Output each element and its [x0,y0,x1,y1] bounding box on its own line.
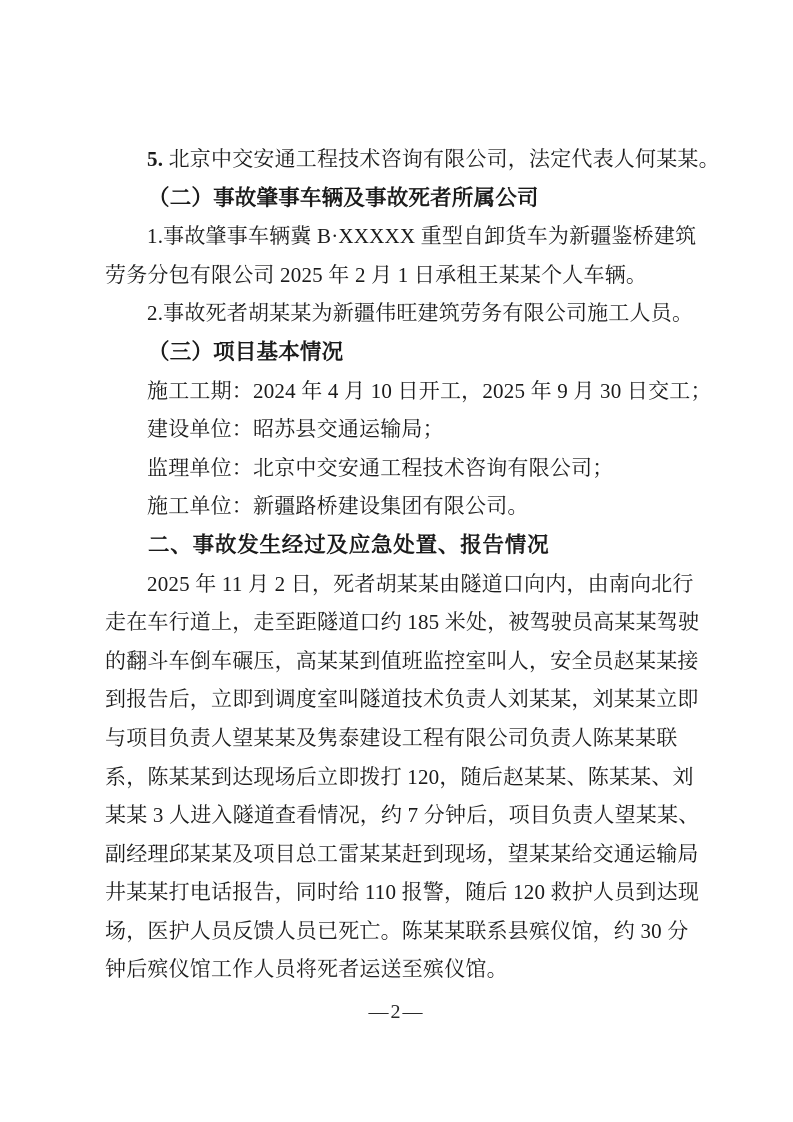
text-line: 劳务分包有限公司 2025 年 2 月 1 日承租王某某个人车辆。 [105,256,695,295]
text-line: 钟后殡仪馆工作人员将死者运送至殡仪馆。 [105,950,695,989]
subsection-heading: （二）事故肇事车辆及事故死者所属公司 [105,179,695,218]
subsection-heading: （三）项目基本情况 [105,333,695,372]
text-line: 的翻斗车倒车碾压，高某某到值班监控室叫人，安全员赵某某接 [105,642,695,681]
text-line: 施工工期：2024 年 4 月 10 日开工，2025 年 9 月 30 日交工… [105,372,695,411]
text-line: 2.事故死者胡某某为新疆伟旺建筑劳务有限公司施工人员。 [105,294,695,333]
section-heading: 二、事故发生经过及应急处置、报告情况 [105,526,695,565]
text-line: 副经理邱某某及项目总工雷某某赶到现场，望某某给交通运输局 [105,835,695,874]
text-line: 井某某打电话报告，同时给 110 报警，随后 120 救护人员到达现 [105,873,695,912]
document-page: 5. 北京中交安通工程技术咨询有限公司，法定代表人何某某。（二）事故肇事车辆及事… [0,0,793,1122]
page-number: —2— [0,998,793,1026]
text-line: 1.事故肇事车辆冀 B·XXXXX 重型自卸货车为新疆鉴桥建筑 [105,217,695,256]
text-line: 监理单位：北京中交安通工程技术咨询有限公司； [105,449,695,488]
text-line: 与项目负责人望某某及隽泰建设工程有限公司负责人陈某某联 [105,719,695,758]
text-line: 走在车行道上，走至距隧道口约 185 米处，被驾驶员高某某驾驶 [105,603,695,642]
text-line: 系，陈某某到达现场后立即拨打 120，随后赵某某、陈某某、刘 [105,758,695,797]
text-line: 施工单位：新疆路桥建设集团有限公司。 [105,487,695,526]
numbered-list-item: 5. 北京中交安通工程技术咨询有限公司，法定代表人何某某。 [105,140,695,179]
text-line: 场，医护人员反馈人员已死亡。陈某某联系县殡仪馆，约 30 分 [105,912,695,951]
document-body: 5. 北京中交安通工程技术咨询有限公司，法定代表人何某某。（二）事故肇事车辆及事… [105,140,695,989]
text-line: 到报告后，立即到调度室叫隧道技术负责人刘某某，刘某某立即 [105,680,695,719]
text-line: 建设单位：昭苏县交通运输局； [105,410,695,449]
text-line: 某某 3 人进入隧道查看情况，约 7 分钟后，项目负责人望某某、 [105,796,695,835]
item-number: 5. [147,147,163,171]
text-line: 2025 年 11 月 2 日，死者胡某某由隧道口向内，由南向北行 [105,565,695,604]
